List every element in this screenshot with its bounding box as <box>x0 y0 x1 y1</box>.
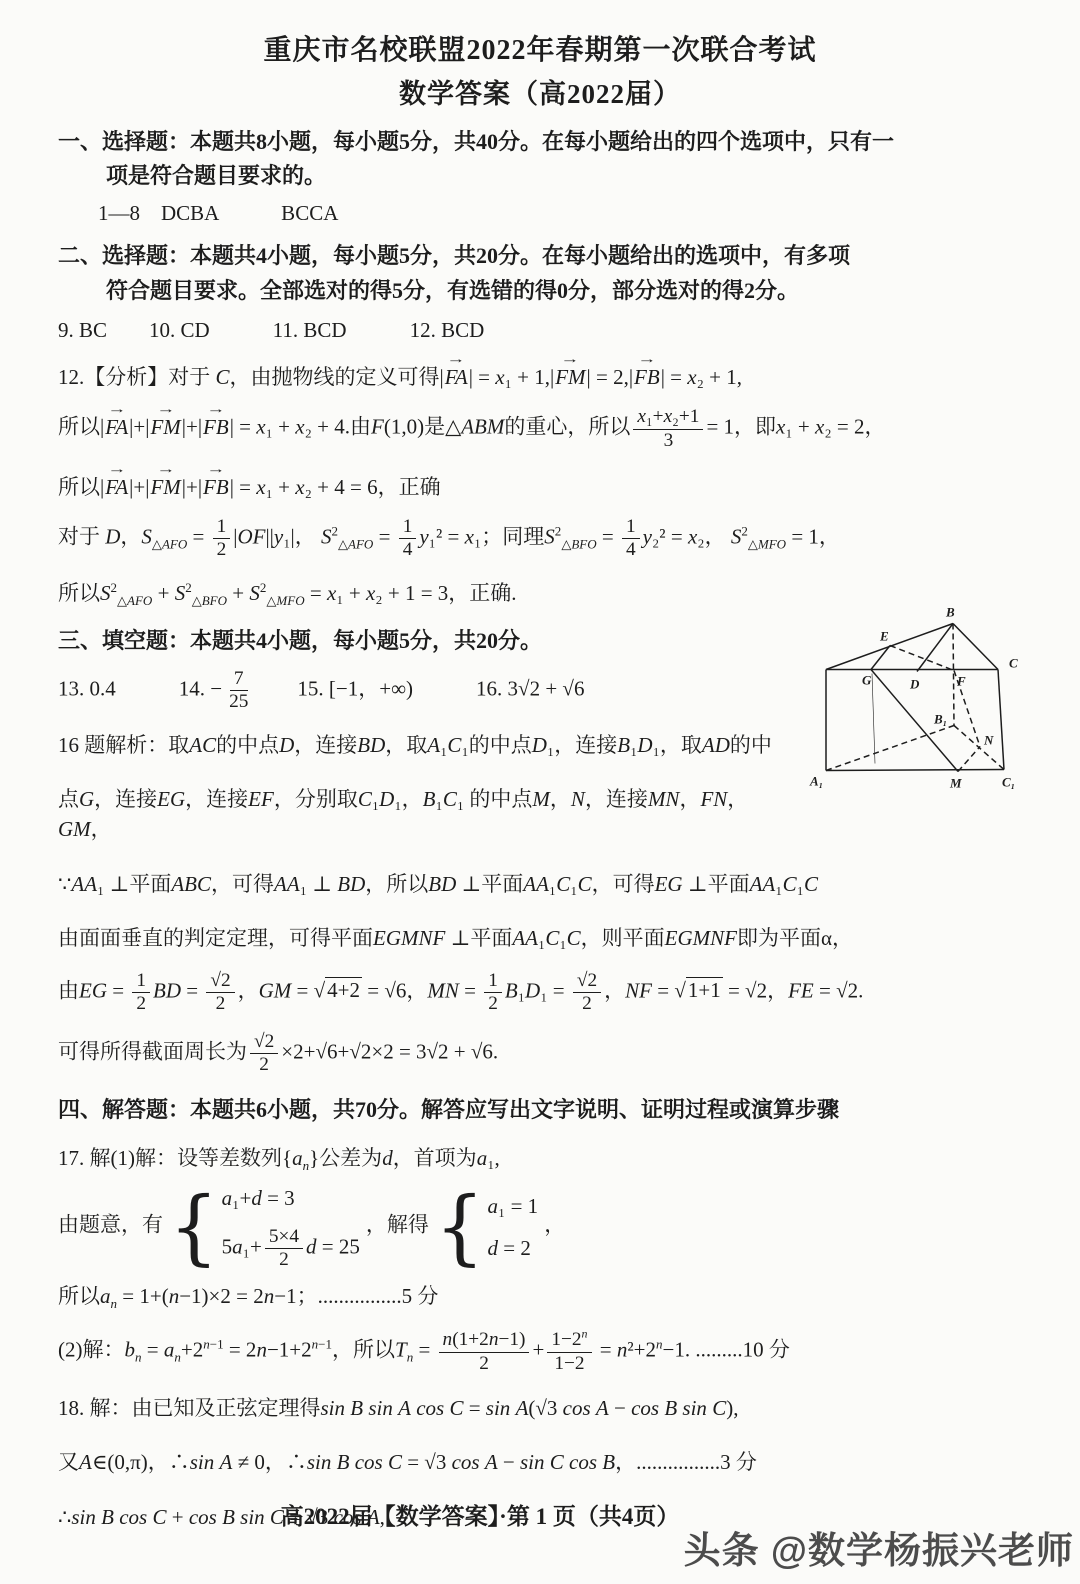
svg-text:E: E <box>879 629 889 644</box>
analysis12-line-3: 所以|FA|+|FM|+|FB| = x₁ + x₂ + 4 = 6，正确 <box>58 470 1022 502</box>
solution17-line-3: 所以an = 1+(n−1)×2 = 2n−1；................… <box>58 1281 1022 1311</box>
svg-text:G: G <box>862 673 872 688</box>
svg-text:A₁: A₁ <box>809 774 823 789</box>
watermark-text: 头条 @数学杨振兴老师 <box>684 1520 1074 1574</box>
section3-answers: 13. 0.4 14. −725 15. [−1，+∞) 16. 3√2 + √… <box>58 668 782 713</box>
svg-text:B: B <box>945 605 955 620</box>
section1-answers: 1—8 DCBA BCCA <box>58 200 1022 227</box>
section2-heading-line2: 符合题目要求。全部选对的得5分，有选错的得0分，部分选对的得2分。 <box>58 274 1022 308</box>
solution17-line-4: (2)解：bn = an+2n−1 = 2n−1+2n−1，所以Tn = n(1… <box>58 1329 1022 1374</box>
solution16-line-2: 点G，连接EG，连接EF，分别取C₁D₁，B₁C₁ 的中点M，N，连接MN，FN… <box>58 784 782 845</box>
analysis12-line-1: 12.【分析】对于 C，由抛物线的定义可得|FA| = x₁ + 1,|FM| … <box>58 360 1022 392</box>
svg-text:F: F <box>956 674 966 689</box>
svg-text:D: D <box>909 677 920 692</box>
section4-heading: 四、解答题：本题共6小题，共70分。解答应写出文字说明、证明过程或演算步骤 <box>58 1093 1022 1127</box>
analysis12-line-2: 所以|FA|+|FM|+|FB| = x₁ + x₂ + 4.由F(1,0)是△… <box>58 406 1022 451</box>
svg-text:C₁: C₁ <box>1002 775 1015 790</box>
svg-text:M: M <box>949 776 962 791</box>
solution16-line-5: 由EG = 12BD = √22，GM = √4+2 = √6，MN = 12B… <box>58 970 1022 1015</box>
solution16-line-4: 由面面垂直的判定定理，可得平面EGMNF ⊥平面AA₁C₁C，则平面EGMNF即… <box>58 923 1022 953</box>
section2-heading-line1: 二、选择题：本题共4小题，每小题5分，共20分。在每小题给出的选项中，有多项 <box>58 239 1022 273</box>
svg-text:N: N <box>983 733 994 748</box>
solution16-line-6: 可得所得截面周长为√22×2+√6+√2×2 = 3√2 + √6. <box>58 1031 1022 1076</box>
solution16-line-1: 16 题解析：取AC的中点D，连接BD，取A₁C₁的中点D₁，连接B₁D₁，取A… <box>58 730 782 760</box>
section1-heading-line2: 项是符合题目要求的。 <box>58 159 1022 193</box>
solution18-line-2: 又A∈(0,π)，∴sin A ≠ 0，∴sin B cos C = √3 co… <box>58 1447 1022 1477</box>
exam-answer-page: 重庆市名校联盟2022年春期第一次联合考试 数学答案（高2022届） 一、选择题… <box>0 0 1080 1584</box>
svg-text:B₁: B₁ <box>933 712 947 727</box>
svg-text:C: C <box>1009 656 1018 671</box>
solution16-line-3: ∵AA₁ ⊥平面ABC，可得AA₁ ⊥ BD，所以BD ⊥平面AA₁C₁C，可得… <box>58 869 1022 899</box>
section2-answers: 9. BC 10. CD 11. BCD 12. BCD <box>58 317 1022 344</box>
prism-cross-section-figure: BECGDFB₁NA₁MC₁ <box>796 582 1072 810</box>
analysis12-line-4: 对于 D，S△AFO = 12|OF||y₁|， S2△AFO = 14y₁² … <box>58 516 1022 561</box>
solution18-line-1: 18. 解：由已知及正弦定理得sin B sin A cos C = sin A… <box>58 1393 1022 1423</box>
page-subtitle: 数学答案（高2022届） <box>58 72 1022 111</box>
solution17-line-2: 由题意，有{a₁+d = 35a₁+5×42d = 25，解得{a₁ = 1d … <box>58 1183 1022 1271</box>
section1-heading-line1: 一、选择题：本题共8小题，每小题5分，共40分。在每小题给出的四个选项中，只有一 <box>58 125 1022 159</box>
page-title: 重庆市名校联盟2022年春期第一次联合考试 <box>58 28 1022 68</box>
solution17-line-1: 17. 解(1)解：设等差数列{an}公差为d，首项为a₁, <box>58 1143 1022 1173</box>
